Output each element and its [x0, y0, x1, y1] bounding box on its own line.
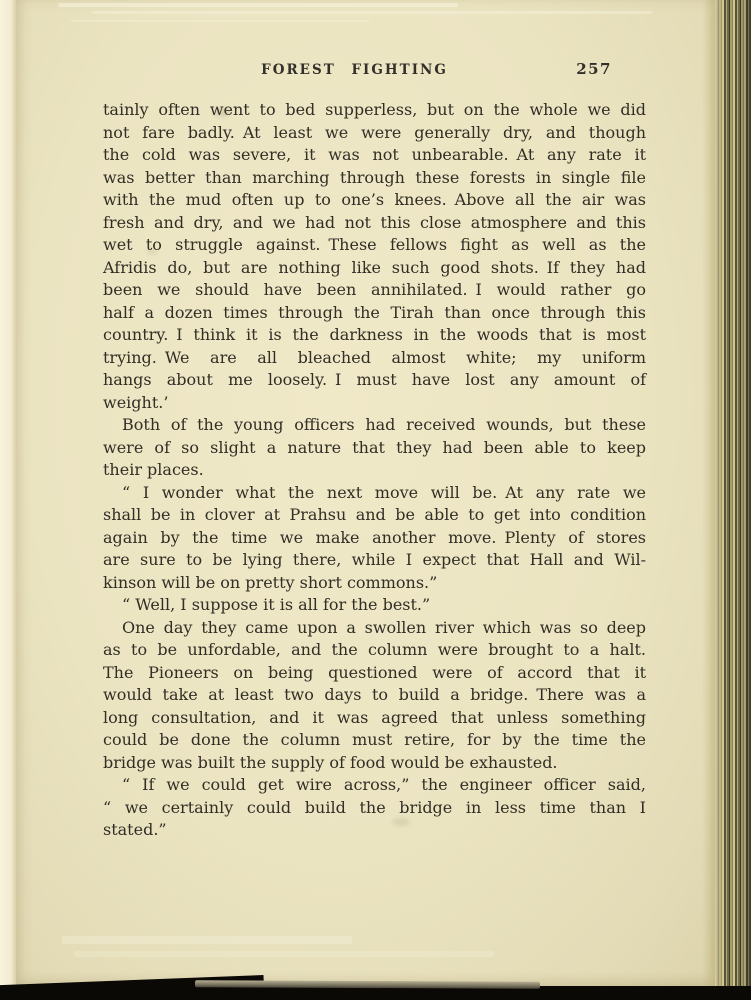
text-line: country. I think it is the darkness in t…: [103, 324, 646, 347]
scan-artifact-bottom-streak: [74, 951, 494, 957]
text-line: kinson will be on pretty short commons.”: [103, 572, 646, 595]
text-line: weight.’: [103, 392, 646, 415]
book-page: FOREST FIGHTING 257 tainly often went to…: [16, 0, 716, 986]
page-number: 257: [576, 60, 612, 78]
text-line: half a dozen times through the Tirah tha…: [103, 302, 646, 325]
text-line: Both of the young officers had received …: [103, 414, 646, 437]
paragraph: “ I wonder what the next move will be. A…: [103, 482, 646, 595]
text-line: could be done the column must retire, fo…: [103, 729, 646, 752]
page-text: tainly often went to bed supperless, but…: [103, 99, 646, 842]
text-line: not fare badly. At least we were general…: [103, 122, 646, 145]
text-line: fresh and dry, and we had not this close…: [103, 212, 646, 235]
text-line: bridge was built the supply of food woul…: [103, 752, 646, 775]
text-line: The Pioneers on being questioned were of…: [103, 662, 646, 685]
text-line: Afridis do, but are nothing like such go…: [103, 257, 646, 280]
text-line: “ we certainly could build the bridge in…: [103, 797, 646, 820]
paper-smudge: [214, 108, 230, 117]
paper-smudge: [392, 818, 410, 826]
paragraph: “ Well, I suppose it is all for the best…: [103, 594, 646, 617]
text-line: One day they came upon a swollen river w…: [103, 617, 646, 640]
paragraph: Both of the young officers had received …: [103, 414, 646, 482]
text-line: “ I wonder what the next move will be. A…: [103, 482, 646, 505]
text-line: are sure to be lying there, while I expe…: [103, 549, 646, 572]
paragraph: “ If we could get wire across,” the engi…: [103, 774, 646, 842]
text-line: tainly often went to bed supperless, but…: [103, 99, 646, 122]
book-fore-edge-pages: [715, 0, 751, 990]
page-bottom-edge: [195, 980, 540, 989]
running-title: FOREST FIGHTING: [261, 62, 448, 78]
text-line: “ Well, I suppose it is all for the best…: [103, 594, 646, 617]
text-line: long consultation, and it was agreed tha…: [103, 707, 646, 730]
scan-artifact-top-streak: [70, 20, 370, 22]
text-line: the cold was severe, it was not unbearab…: [103, 144, 646, 167]
text-line: their places.: [103, 459, 646, 482]
text-line: been we should have been annihilated. I …: [103, 279, 646, 302]
text-line: would take at least two days to build a …: [103, 684, 646, 707]
previous-page-edge: [0, 0, 16, 988]
text-line: wet to struggle against. These fellows f…: [103, 234, 646, 257]
text-line: hangs about me loosely. I must have lost…: [103, 369, 646, 392]
paragraph: tainly often went to bed supperless, but…: [103, 99, 646, 414]
text-line: trying. We are all bleached almost white…: [103, 347, 646, 370]
scan-artifact-top-streak: [92, 11, 652, 14]
text-line: were of so slight a nature that they had…: [103, 437, 646, 460]
paper-smudge: [147, 248, 157, 255]
page-edge-shadow: [702, 0, 716, 986]
text-line: was better than marching through these f…: [103, 167, 646, 190]
text-line: as to be unfordable, and the column were…: [103, 639, 646, 662]
paragraph: One day they came upon a swollen river w…: [103, 617, 646, 775]
text-line: shall be in clover at Prahsu and be able…: [103, 504, 646, 527]
scanned-book-page-photo: FOREST FIGHTING 257 tainly often went to…: [0, 0, 751, 1000]
text-line: with the mud often up to one’s knees. Ab…: [103, 189, 646, 212]
scan-dark-margin: [0, 986, 751, 1000]
scan-artifact-bottom-streak: [62, 936, 352, 944]
scan-artifact-top-streak: [58, 3, 458, 7]
text-line: “ If we could get wire across,” the engi…: [103, 774, 646, 797]
text-line: stated.”: [103, 819, 646, 842]
text-line: again by the time we make another move. …: [103, 527, 646, 550]
